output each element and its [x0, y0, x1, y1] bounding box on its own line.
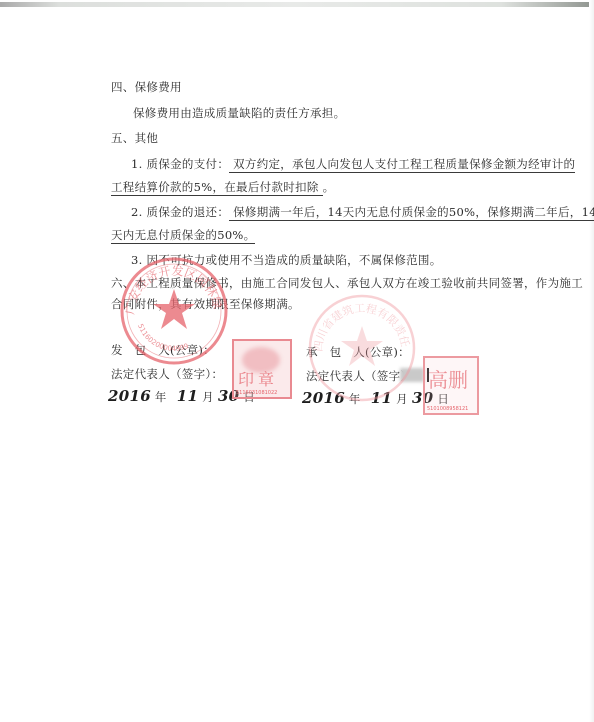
- contractor-date-day: 30: [412, 389, 433, 407]
- seal-redaction: [242, 347, 280, 373]
- item-2-line-2: 天内无息付质保金的50%。: [111, 228, 255, 242]
- day-unit: 日: [437, 392, 449, 406]
- redacted-signature: [400, 368, 424, 382]
- document-page: 四、保修费用 保修费用由造成质量缺陷的责任方承担。 五、其他 1. 质保金的支付…: [0, 0, 594, 722]
- seal-char: 印: [238, 370, 258, 389]
- section-5-heading: 五、其他: [111, 131, 158, 145]
- section-4-heading: 四、保修费用: [111, 80, 182, 94]
- square-seal-chars: 印章: [238, 367, 278, 390]
- month-unit: 月: [202, 390, 214, 404]
- contractor-date-year: 2016: [302, 389, 345, 407]
- item-1-tail: 。: [323, 180, 335, 194]
- employer-rep-label: 法定代表人（签字）：: [111, 367, 223, 381]
- seal-char: 章: [258, 370, 278, 389]
- item-3: 3. 因不可抗力或使用不当造成的质量缺陷，不属保修范围。: [131, 253, 442, 267]
- item-1-line-1: 1. 质保金的支付： 双方约定，承包人向发包人支付工程工程质量保修金额为经审计的: [131, 157, 575, 171]
- signature-mark: [427, 368, 429, 382]
- contractor-date: 2016 年 11 月 30 日: [302, 391, 449, 406]
- employer-date-day: 30: [218, 387, 239, 405]
- item-1-text-line-1: 双方约定，承包人向发包人支付工程工程质量保修金额为经审计的: [229, 157, 575, 173]
- contractor-rep-label: 法定代表人（签字）: [306, 369, 412, 383]
- month-unit: 月: [396, 392, 408, 406]
- employer-seal-label: 发 包 人(公章)：: [111, 343, 215, 357]
- day-unit: 日: [243, 390, 255, 404]
- contractor-seal-label: 承 包 人(公章)：: [306, 345, 410, 359]
- year-unit: 年: [155, 390, 167, 404]
- item-2-text-line-1: 保修期满一年后，14天内无息付质保金的50%，保修期满二年后，14: [229, 205, 594, 221]
- item-1-label: 1. 质保金的支付：: [131, 157, 229, 171]
- seal-char: 删: [448, 368, 468, 392]
- contractor-date-month: 11: [371, 389, 392, 407]
- item-2-label: 2. 质保金的退还：: [131, 205, 229, 219]
- section-4-body: 保修费用由造成质量缺陷的责任方承担。: [133, 106, 345, 120]
- year-unit: 年: [349, 392, 361, 406]
- item-1-line-2: 工程结算价款的5%，在最后付款时扣除 。: [111, 180, 334, 194]
- section-6-line-2: 合同附件，其有效期限至保修期满。: [111, 297, 300, 311]
- svg-text:四川省建筑工程有限责任公司: 四川省建筑工程有限责任公司: [306, 292, 413, 352]
- item-1-text-line-2: 工程结算价款的5%，在最后付款时扣除: [111, 180, 323, 196]
- item-2-line-1: 2. 质保金的退还： 保修期满一年后，14天内无息付质保金的50%，保修期满二年…: [131, 205, 594, 219]
- employer-date: 2016 年 11 月 30 日: [108, 389, 255, 404]
- item-2-text-line-2: 天内无息付质保金的50%。: [111, 228, 255, 244]
- employer-date-month: 11: [177, 387, 198, 405]
- square-seal-chars: 高删: [428, 364, 468, 393]
- section-6-line-1: 六、本工程质量保修书，由施工合同发包人、承包人双方在竣工验收前共同签署，作为施工: [111, 276, 583, 290]
- employer-date-year: 2016: [108, 387, 151, 405]
